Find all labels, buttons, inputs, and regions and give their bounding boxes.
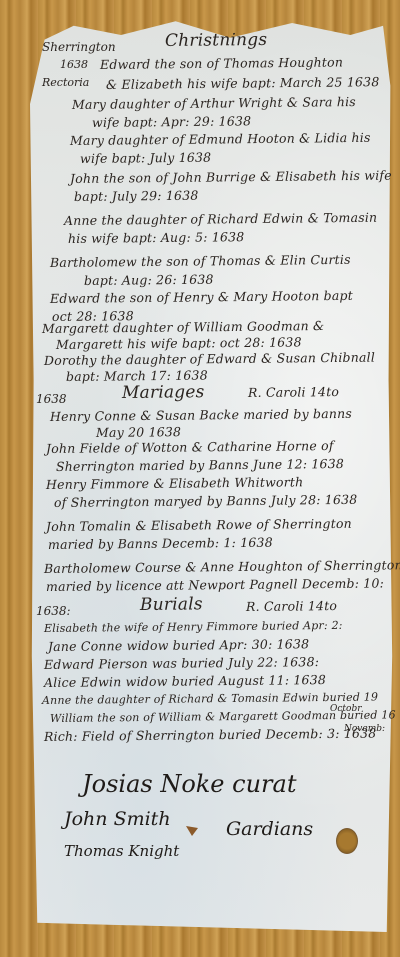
wardens-label: Gardians xyxy=(226,818,313,840)
marriages-margin-year: 1638 xyxy=(36,392,67,406)
christening-line: his wife bapt: Aug: 5: 1638 xyxy=(68,230,245,246)
binding-hole xyxy=(336,828,358,854)
burials-margin-note-october: Octobr xyxy=(330,704,362,714)
christening-line: bapt: Aug: 26: 1638 xyxy=(84,273,214,288)
christening-line: & Elizabeth his wife bapt: March 25 1638 xyxy=(106,75,380,92)
burials-margin-note-november: Novemb: xyxy=(344,724,385,734)
marriage-line: maried by Banns Decemb: 1: 1638 xyxy=(48,536,273,552)
christening-line: Edward the son of Thomas Houghton xyxy=(100,55,343,72)
christenings-heading: Christnings xyxy=(165,33,267,48)
christening-line: Margarett daughter of William Goodman & xyxy=(42,319,324,336)
burials-regnal-note: R. Caroli 14to xyxy=(246,599,337,614)
christening-line: wife bapt: July 1638 xyxy=(80,151,211,166)
marriage-line: John Fielde of Wotton & Catharine Horne … xyxy=(46,439,334,456)
marriage-line: May 20 1638 xyxy=(96,425,181,440)
parish-label: Sherrington xyxy=(42,40,116,54)
burials-margin-year: 1638: xyxy=(36,604,71,618)
christening-line: wife bapt: Apr: 29: 1638 xyxy=(92,114,251,130)
burial-line: Edward Pierson was buried July 22: 1638: xyxy=(44,655,319,672)
warden-signature-2: Thomas Knight xyxy=(64,842,179,860)
burials-heading: Burials xyxy=(140,597,203,612)
burial-line: Alice Edwin widow buried August 11: 1638 xyxy=(44,673,326,690)
christening-line: bapt: July 29: 1638 xyxy=(74,189,199,204)
marriage-line: Henry Fimmore & Elisabeth Whitworth xyxy=(46,475,303,492)
marriages-heading: Mariages xyxy=(122,385,205,400)
christening-line: Mary daughter of Arthur Wright & Sara hi… xyxy=(72,95,356,112)
christenings-margin-year: 1638 xyxy=(60,58,88,71)
warden-signature-1: John Smith xyxy=(64,808,171,830)
burial-line: Jane Conne widow buried Apr: 30: 1638 xyxy=(48,637,309,654)
christenings-margin-note: Rectoria xyxy=(42,76,89,89)
minister-signature: Josias Noke curat xyxy=(82,770,296,798)
marriages-regnal-note: R. Caroli 14to xyxy=(248,385,339,400)
christening-line: Margarett his wife bapt: oct 28: 1638 xyxy=(56,335,302,352)
